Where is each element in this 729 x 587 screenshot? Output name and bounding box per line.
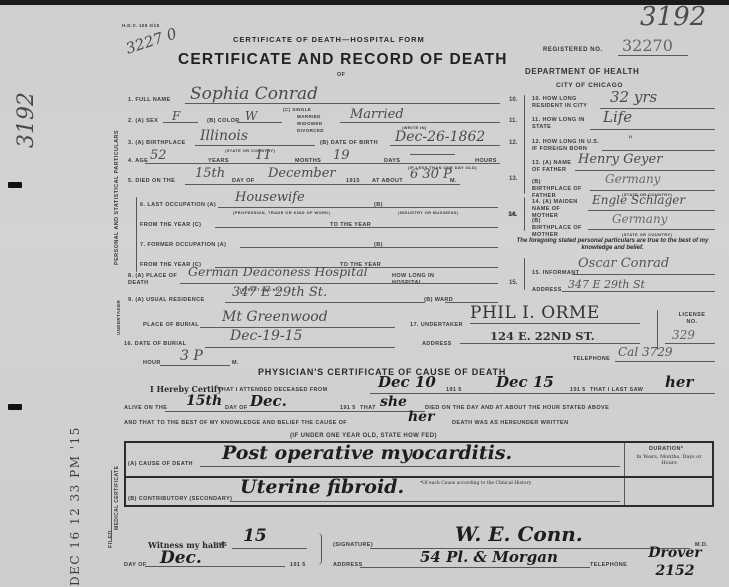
physician-address-label: ADDRESS	[333, 562, 363, 568]
row-number-12: 12.	[509, 140, 517, 146]
row-number-15: 15.	[509, 280, 517, 286]
color-value: W	[245, 109, 257, 123]
department-label: DEPARTMENT OF HEALTH	[525, 67, 639, 76]
duration-note: In Years, Months, Days or Hours	[630, 454, 708, 466]
occupation-value: Housewife	[235, 190, 305, 205]
mother-birthplace-label: (b) BIRTHPLACE OF MOTHER	[532, 218, 582, 239]
witness-day-line	[232, 548, 307, 549]
burial-hour-m: M.	[232, 360, 239, 366]
alive-label: ALIVE ON THE	[124, 405, 167, 411]
marital-single: (c) SINGLE	[283, 107, 311, 112]
contributory-line	[230, 501, 620, 502]
place-of-death-line	[180, 283, 498, 284]
cause-box-divider	[126, 476, 712, 478]
mother-maiden-label: 14. (a) MAIDEN NAME OF MOTHER	[532, 199, 587, 220]
attended-to-value: Dec 15	[496, 373, 554, 391]
contributory-value: Uterine fibroid.	[240, 476, 404, 498]
age-months-value: 11	[255, 148, 272, 163]
clinical-note: *Of each Cause according to the Clinical…	[420, 481, 532, 486]
burial-hour-line	[160, 365, 230, 366]
hours-dash	[410, 154, 455, 155]
license-label: LICENSE NO.	[676, 312, 708, 326]
cause-value: Post operative myocarditis.	[222, 442, 512, 464]
in-us-label: 12. HOW LONG IN U.S. IF FOREIGN BORN	[532, 139, 604, 153]
died-month-value: December	[268, 166, 336, 181]
scan-marker	[8, 404, 22, 410]
informant-line	[572, 274, 715, 275]
burial-place-value: Mt Greenwood	[222, 309, 328, 325]
place-of-death-value: German Deaconess Hospital	[188, 264, 368, 279]
mother-maiden-value: Engle Schlager	[592, 193, 685, 207]
place-of-death-label: 8. (a) PLACE OF DEATH	[128, 273, 188, 287]
undertaker-value: PHIL I. ORME	[470, 303, 600, 323]
row-number-13: 13.	[509, 176, 517, 182]
contributory-label: (b) CONTRIBUTORY (SECONDARY)	[128, 496, 232, 502]
witness-year-label: 191 5	[290, 562, 306, 568]
physician-telephone-value: Drover 2152	[630, 544, 720, 580]
occupation-note-b: (INDUSTRY OR BUSINESS)	[398, 210, 458, 215]
residence-value: 347 E 29th St.	[232, 285, 327, 300]
burial-hour-label: HOUR	[143, 360, 161, 366]
state-country-note-2: (STATE OR COUNTRY)	[622, 232, 672, 237]
in-state-value: Life	[603, 108, 632, 126]
witness-month-value: Dec.	[160, 548, 202, 568]
row-number-14-right: 14.	[508, 212, 516, 218]
death-written-text: DEATH WAS AS HEREUNDER WRITTEN	[452, 420, 569, 426]
father-birthplace-value: Germany	[605, 172, 660, 186]
father-birthplace-label: (b) BIRTHPLACE OF FATHER	[532, 179, 582, 200]
burial-date-label: 16. DATE OF BURIAL	[124, 341, 186, 347]
row-number-10: 10.	[509, 97, 517, 103]
physician-address-value: 54 Pl. & Morgan	[420, 548, 558, 566]
registered-line	[618, 55, 688, 56]
occupation-line	[218, 207, 498, 208]
physician-telephone-label: TELEPHONE	[590, 562, 627, 568]
age-days-value: 19	[333, 148, 350, 163]
side-label-personal: PERSONAL AND STATISTICAL PARTICULARS	[114, 130, 120, 265]
died-time-value: 6 30 P	[410, 167, 452, 182]
title-of: OF	[337, 72, 345, 78]
attended-line	[370, 393, 715, 394]
former-occupation-line	[240, 247, 498, 248]
witness-bracket	[318, 533, 322, 565]
from-year-label: FROM THE YEAR (c)	[140, 222, 201, 228]
cause-line	[200, 466, 620, 467]
undertaker-address-line	[460, 343, 640, 344]
informant-address-value: 347 E 29th St	[568, 278, 645, 291]
died-day-value: 15th	[195, 166, 225, 181]
birthplace-label: 3. (a) BIRTHPLACE	[128, 140, 186, 146]
license-line	[665, 343, 715, 344]
mother-birthplace-value: Germany	[612, 212, 667, 226]
former-occupation-label: 7. FORMER OCCUPATION (a)	[140, 242, 226, 248]
form-code: H.D.V. 109 3/15	[122, 23, 160, 28]
license-bracket	[657, 310, 658, 350]
best-knowledge-text: AND THAT TO THE BEST OF MY KNOWLEDGE AND…	[124, 420, 347, 426]
resident-city-value: 32 yrs	[610, 88, 657, 106]
registered-number: 32270	[622, 36, 673, 55]
alive-line	[165, 411, 425, 412]
in-us-value: "	[628, 135, 633, 146]
father-name-line	[575, 170, 715, 171]
died-pronoun: she	[380, 394, 407, 410]
age-years-value: 52	[150, 148, 167, 163]
informant-address-line	[562, 291, 715, 292]
residence-label: 9. (a) USUAL RESIDENCE	[128, 297, 205, 303]
birthplace-line	[195, 145, 315, 146]
marital-widowed: WIDOWED	[297, 121, 323, 126]
handwritten-top-right: 3192	[640, 2, 706, 32]
row-number-11: 11.	[509, 118, 517, 124]
burial-hour-value: 3 P	[180, 348, 203, 364]
last-saw-pronoun: her	[665, 373, 693, 391]
mother-birthplace-line	[588, 229, 715, 230]
this-label: THIS	[213, 542, 227, 548]
died-text: DIED ON THE DAY AND AT ABOUT THE HOUR ST…	[425, 405, 609, 411]
undertaker-label: 17. UNDERTAKER	[410, 322, 463, 328]
signature-value: W. E. Conn.	[455, 522, 583, 546]
full-name-line	[185, 103, 500, 104]
form-subtitle: CERTIFICATE OF DEATH—HOSPITAL FORM	[233, 35, 425, 44]
informant-label: 15. INFORMANT	[532, 270, 579, 276]
sex-value: F	[172, 109, 180, 123]
undertaker-address-label: ADDRESS	[422, 341, 452, 347]
cause-label: (a) CAUSE OF DEATH	[128, 461, 193, 467]
marital-line	[340, 122, 500, 123]
attended-from-value: Dec 10	[378, 373, 436, 391]
burial-place-label: PLACE OF BURIAL	[143, 322, 199, 328]
mother-maiden-line	[588, 210, 715, 211]
full-name-label: 1. FULL NAME	[128, 97, 171, 103]
margin-handwritten-number: 3192	[14, 92, 39, 148]
died-line	[185, 184, 460, 185]
registered-label: REGISTERED NO.	[543, 47, 603, 53]
scan-marker	[8, 182, 22, 188]
marital-married: MARRIED	[297, 114, 321, 119]
occupation-label: 6. LAST OCCUPATION (a)	[140, 202, 216, 208]
color-label: (b) COLOR	[207, 118, 240, 124]
in-state-line	[590, 129, 715, 130]
physician-address-line	[360, 567, 590, 568]
informant-value: Oscar Conrad	[578, 256, 669, 271]
undertaker-line	[470, 323, 640, 324]
side-label-undertaker: UNDERTAKER	[116, 300, 121, 335]
burial-date-line	[205, 347, 395, 348]
side-label-medical: MEDICAL CERTIFICATE	[114, 466, 120, 530]
father-birthplace-line	[590, 190, 715, 191]
bracket-15	[524, 258, 525, 290]
duration-divider	[624, 443, 625, 505]
occupation-note-a: (PROFESSION, TRADE OR KIND OF WORK)	[233, 210, 330, 215]
resident-city-label: 10. HOW LONG RESIDENT IN CITY	[532, 96, 602, 110]
how-long-hospital-label: HOW LONG IN HOSPITAL	[392, 273, 442, 287]
age-line	[145, 163, 500, 164]
bracket-13	[524, 160, 525, 194]
sex-line	[163, 122, 198, 123]
birthplace-value: Illinois	[200, 128, 248, 144]
certificate-title: CERTIFICATE AND RECORD OF DEATH	[178, 51, 508, 69]
witness-month-line	[145, 566, 285, 567]
father-name-label: 13. (a) NAME OF FATHER	[532, 160, 577, 174]
license-value: 329	[672, 328, 695, 342]
dob-label: (b) DATE OF BIRTH	[320, 140, 378, 146]
died-on-label: 5. DIED ON THE	[128, 178, 175, 184]
bracket-10-12	[524, 95, 525, 170]
marital-status-value: Married	[350, 107, 404, 122]
cause-pronoun: her	[408, 409, 434, 425]
color-line	[237, 122, 282, 123]
full-name-value: Sophia Conrad	[190, 84, 318, 104]
witness-day-value: 15	[243, 526, 267, 546]
informant-address-label: ADDRESS	[532, 287, 562, 293]
father-name-value: Henry Geyer	[578, 152, 662, 167]
undertaker-address-value: 124 E. 22ND ST.	[490, 329, 595, 343]
sex-label: 2. (a) SEX	[128, 118, 158, 124]
occupation-bracket	[136, 197, 137, 272]
duration-label: DURATION*	[649, 446, 683, 452]
alive-day-value: 15th	[186, 393, 222, 409]
filed-date-stamp: DEC 16 12 33 PM '15	[68, 426, 82, 586]
marital-divorced: DIVORCED	[297, 128, 324, 133]
bracket-14	[524, 197, 525, 231]
from-year-line	[215, 227, 498, 228]
infant-note: (IF UNDER ONE YEAR OLD, STATE HOW FED)	[290, 433, 437, 439]
dob-value: Dec-26-1862	[395, 129, 485, 145]
telephone-value: Cal 3729	[618, 345, 673, 359]
telephone-label: TELEPHONE	[573, 356, 610, 362]
telephone-line	[615, 361, 715, 362]
in-us-line	[602, 150, 715, 151]
burial-date-value: Dec-19-15	[230, 328, 302, 344]
residence-line	[225, 302, 425, 303]
alive-month-value: Dec.	[250, 392, 287, 410]
signature-label: (SIGNATURE)	[333, 542, 373, 548]
dob-line	[390, 145, 500, 146]
filed-line	[111, 470, 112, 540]
witness-day-of-label: DAY OF	[124, 562, 147, 568]
in-state-label: 11. HOW LONG IN STATE	[532, 117, 592, 131]
attestation-text: The foregoing stated personal particular…	[510, 238, 715, 252]
